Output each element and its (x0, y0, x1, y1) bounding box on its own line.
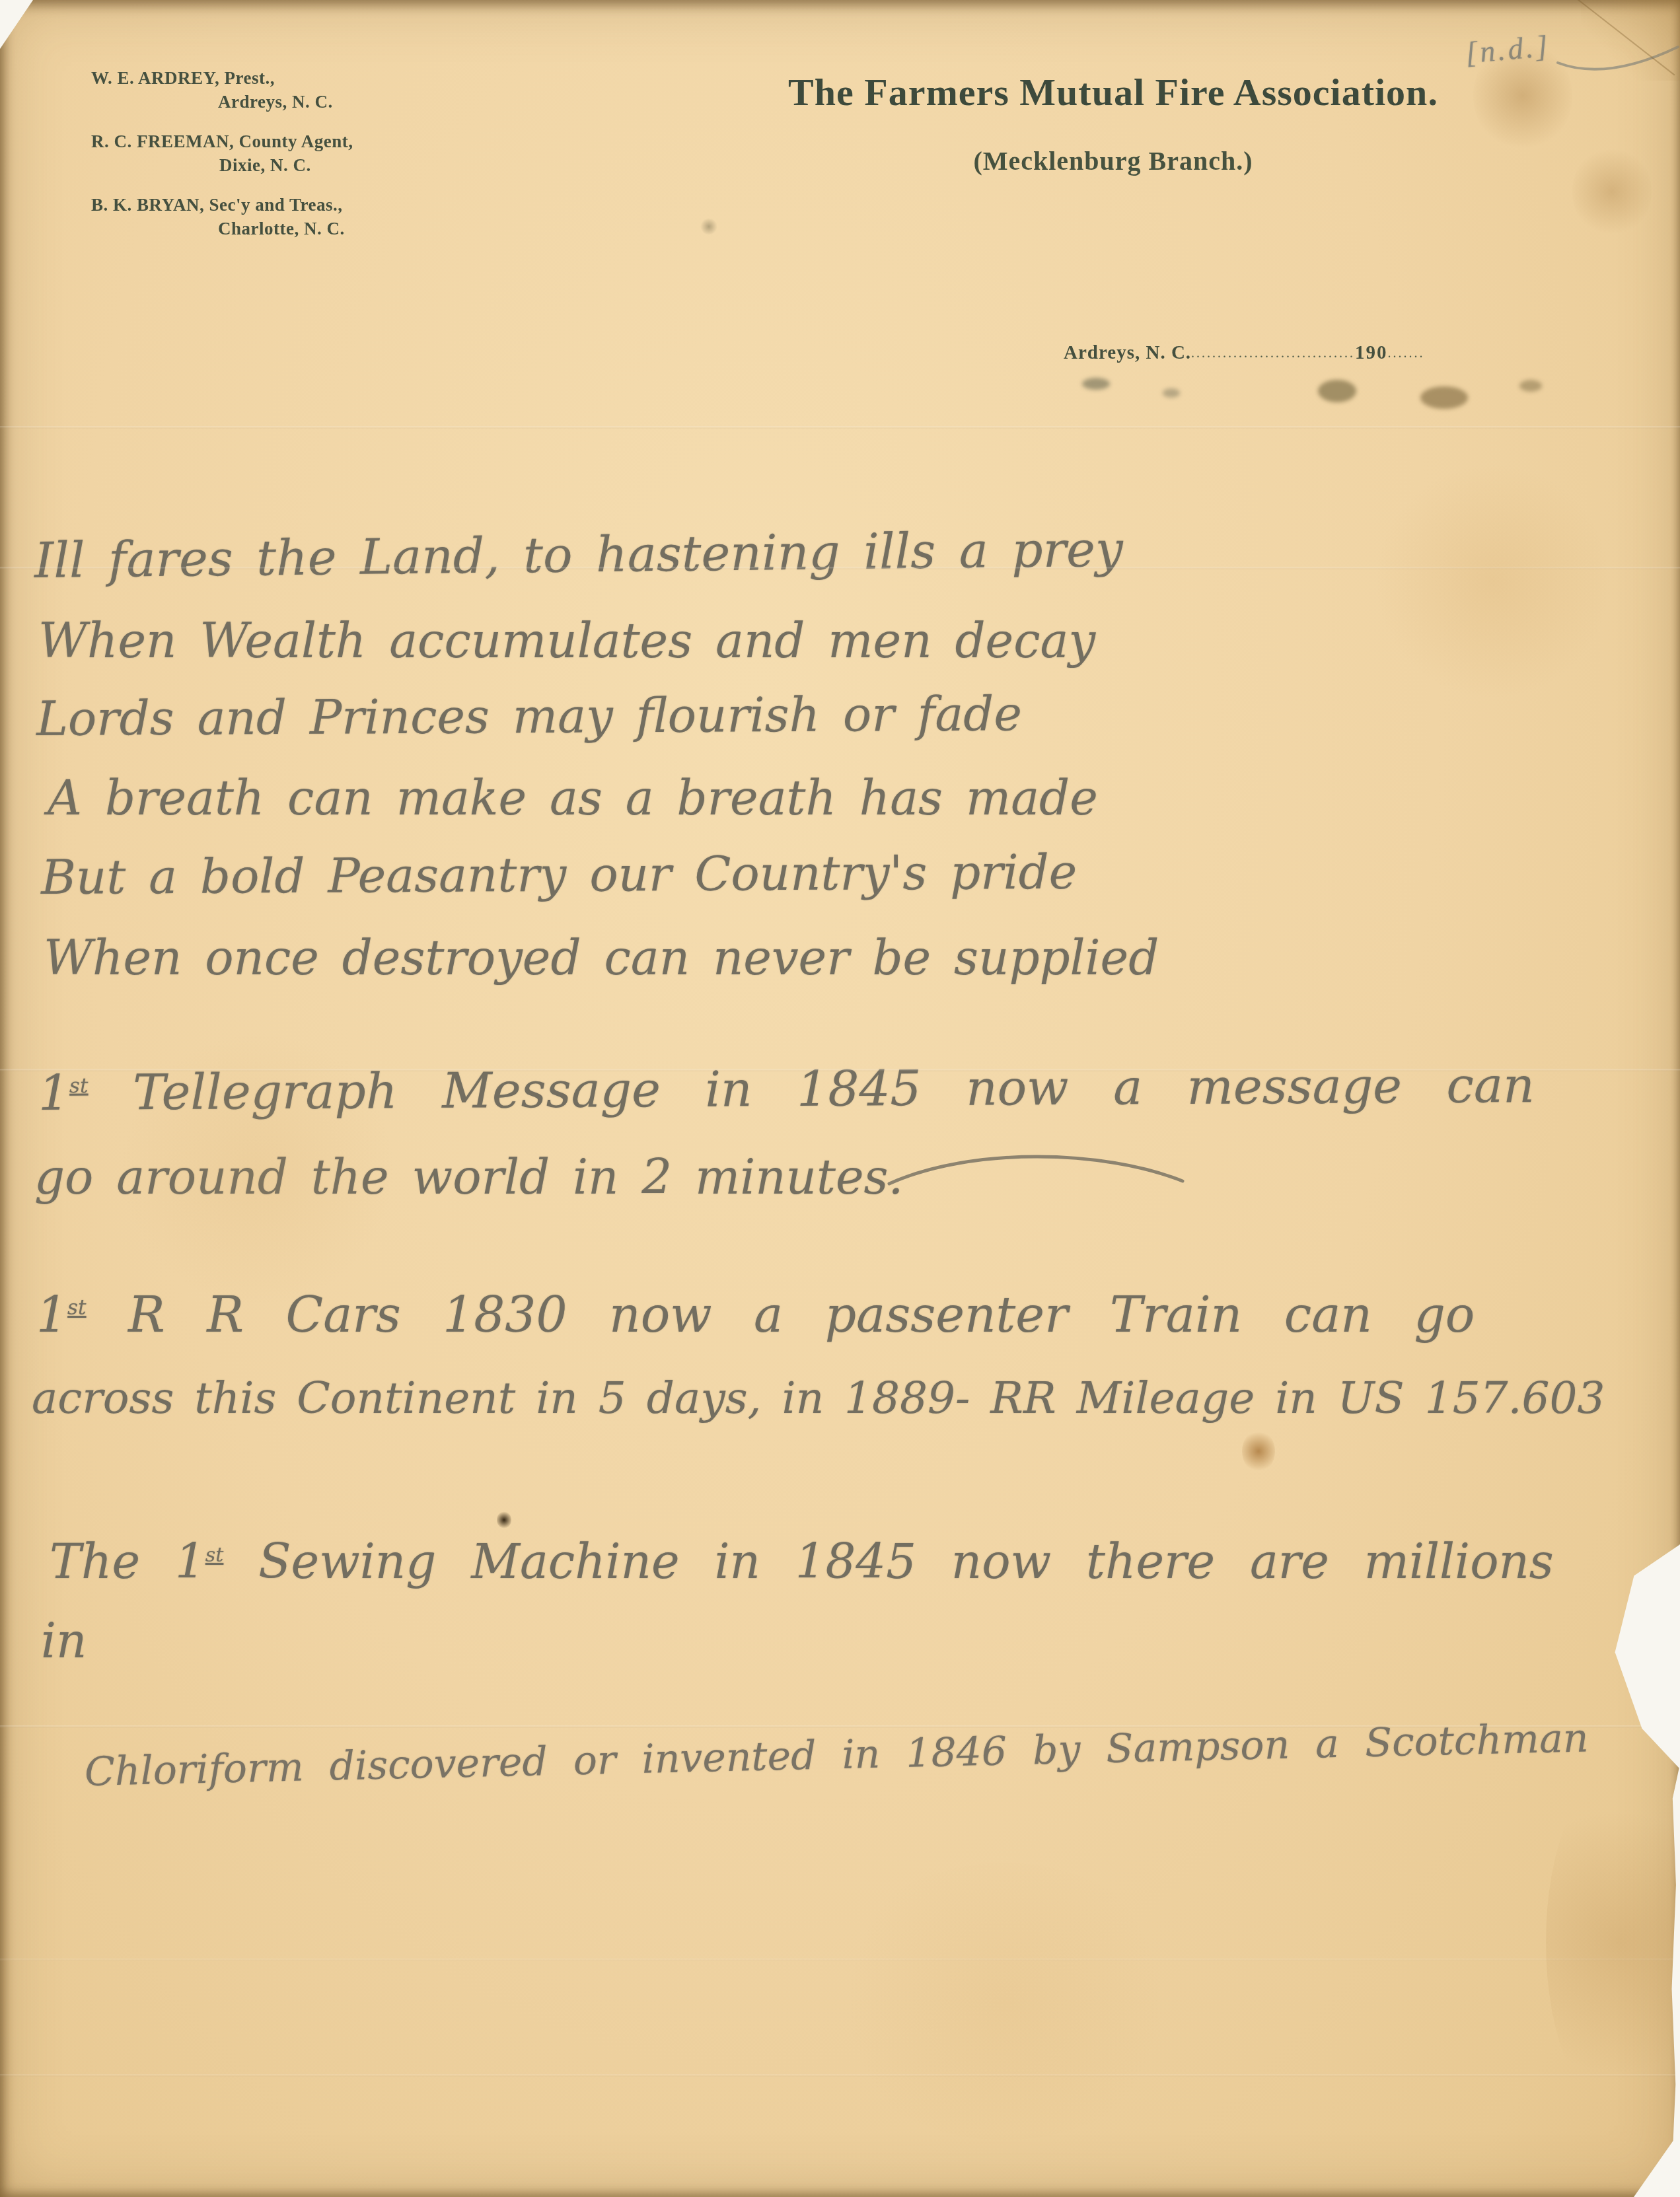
ordinal-number: 1 (38, 1065, 70, 1122)
note-text: Sewing Machine in 1845 now there are mil… (223, 1534, 1553, 1589)
note-sewing-line1: The 1st Sewing Machine in 1845 now there… (50, 1534, 1554, 1589)
ink-smudge (1519, 380, 1542, 392)
officer-name: R. C. FREEMAN, County Agent, (91, 131, 353, 152)
poem-line: When once destroyed can never be supplie… (44, 930, 1159, 986)
note-chloroform-line1: Chloriform discovered or invented in 184… (84, 1715, 1589, 1795)
ordinal-number: 1 (36, 1287, 67, 1344)
dateline-year: 190 (1355, 342, 1388, 363)
stain (1374, 462, 1612, 700)
ordinal-suffix: st (69, 1074, 89, 1098)
ink-smudge (1082, 378, 1110, 390)
ordinal-suffix: st (67, 1296, 86, 1320)
pencil-squiggle-mark (1552, 36, 1680, 83)
note-telegraph-line2: go around the world in 2 minutes. (34, 1149, 903, 1205)
poem-line: But a bold Peasantry our Country's pride (41, 844, 1077, 905)
pencil-date-note: [n.d.] (1464, 28, 1552, 70)
officer-name: B. K. BRYAN, Sec'y and Treas., (91, 195, 343, 215)
ink-smudge (1318, 380, 1356, 402)
note-text: Tellegraph Message in 1845 now a message… (88, 1057, 1535, 1121)
ink-spot (497, 1511, 511, 1529)
note-railroad-line2: across this Continent in 5 days, in 1889… (32, 1373, 1605, 1423)
paper-crease (0, 426, 1680, 429)
note-telegraph-line1: 1st Tellegraph Message in 1845 now a mes… (38, 1057, 1535, 1122)
stain (700, 218, 717, 235)
dateline-place: Ardreys, N. C. (1064, 342, 1191, 363)
ordinal-suffix: st (205, 1544, 224, 1567)
note-railroad-line1: 1st R R Cars 1830 now a passenter Train … (36, 1287, 1475, 1344)
paper-crease (0, 1959, 1680, 1961)
officer-place: Ardreys, N. C. (218, 92, 333, 112)
pen-flourish (885, 1143, 1189, 1202)
poem-line: Lords and Princes may flourish or fade (36, 686, 1022, 746)
poem-line: When Wealth accumulates and men decay (38, 613, 1095, 668)
poem-line: A breath can make as a breath has made (48, 770, 1098, 826)
note-text: The (50, 1534, 175, 1589)
ordinal-number: 1 (175, 1534, 205, 1589)
stain (826, 1863, 1183, 2140)
torn-edge (1601, 1544, 1680, 1769)
officer-place: Charlotte, N. C. (218, 219, 345, 239)
ink-smudge (1163, 388, 1180, 398)
date-line: Ardreys, N. C...........................… (1064, 342, 1425, 364)
stain (1546, 1770, 1680, 2114)
officer-name: W. E. ARDREY, Prest., (91, 68, 275, 89)
scan-background (0, 0, 33, 49)
branch-subtitle: (Mecklenburg Branch.) (747, 145, 1480, 176)
stain (1572, 145, 1652, 238)
dotted-leader: ....... (1388, 346, 1425, 361)
officer-place: Dixie, N. C. (219, 155, 311, 176)
note-sewing-line2: in (41, 1613, 87, 1669)
stain (1242, 1430, 1275, 1472)
ink-smudge (1420, 386, 1468, 409)
dotted-leader: ............................... (1191, 346, 1355, 361)
paper-crease (0, 2074, 1680, 2077)
poem-line: Ill fares the Land, to hastening ills a … (34, 521, 1124, 589)
association-title: The Farmers Mutual Fire Association. (747, 70, 1480, 114)
torn-edge (1669, 1764, 1680, 2197)
note-text: R R Cars 1830 now a passenter Train can … (87, 1287, 1475, 1344)
letter-scan: W. E. ARDREY, Prest., Ardreys, N. C. R. … (0, 0, 1680, 2197)
